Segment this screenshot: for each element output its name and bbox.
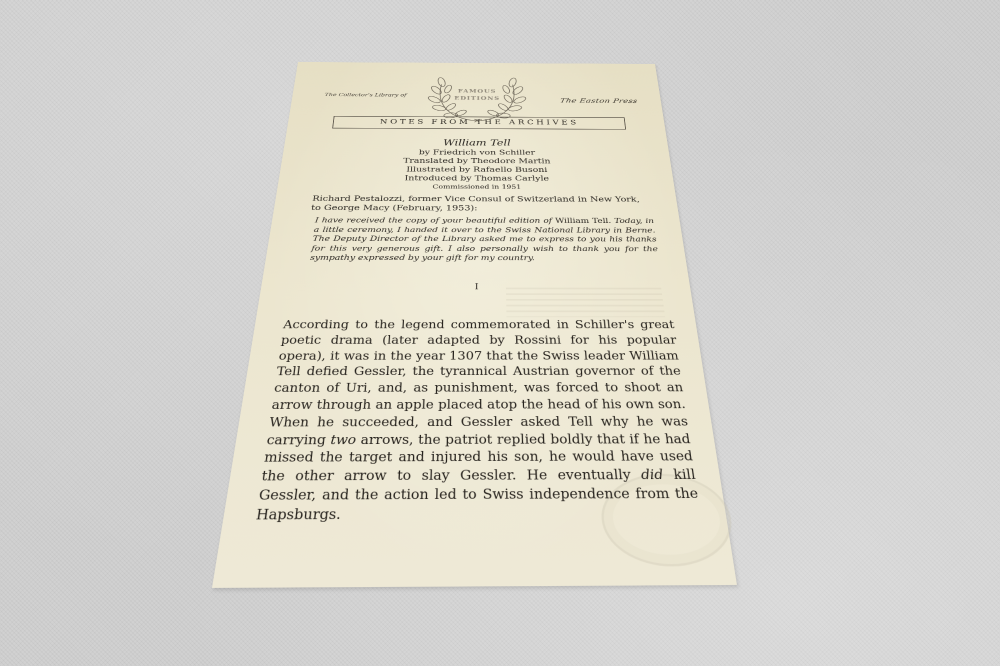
commissioned-line: Commissioned in 1951 (277, 183, 675, 193)
photo-scene: The Collector's Library of (0, 0, 1000, 666)
paragraph-emphasis-did: did (640, 467, 664, 483)
letter-intro: Richard Pestalozzi, former Vice Consul o… (310, 194, 651, 213)
notes-from-archives-banner: NOTES FROM THE ARCHIVES (332, 116, 626, 130)
quote-text-start: I have received the copy of your beautif… (315, 216, 556, 225)
quote-book-title: William Tell (555, 217, 609, 225)
letter-quote: I have received the copy of your beautif… (309, 216, 659, 264)
bleed-through-text (506, 288, 665, 318)
logo-famous-text: FAMOUS (423, 88, 531, 94)
paragraph-emphasis-two: two (330, 432, 357, 447)
section-paragraph: According to the legend commemorated in … (255, 317, 702, 524)
collectors-library-label: The Collector's Library of (324, 92, 406, 98)
section-number: I (260, 283, 690, 292)
archive-notes-sheet: The Collector's Library of (212, 62, 737, 588)
paragraph-text-1: According to the legend commemorated in … (266, 318, 689, 447)
easton-press-signature: The Easton Press (559, 98, 638, 105)
logo-editions-text: EDITIONS (422, 95, 531, 101)
book-credits: William Tell by Friedrich von Schiller T… (277, 137, 675, 193)
